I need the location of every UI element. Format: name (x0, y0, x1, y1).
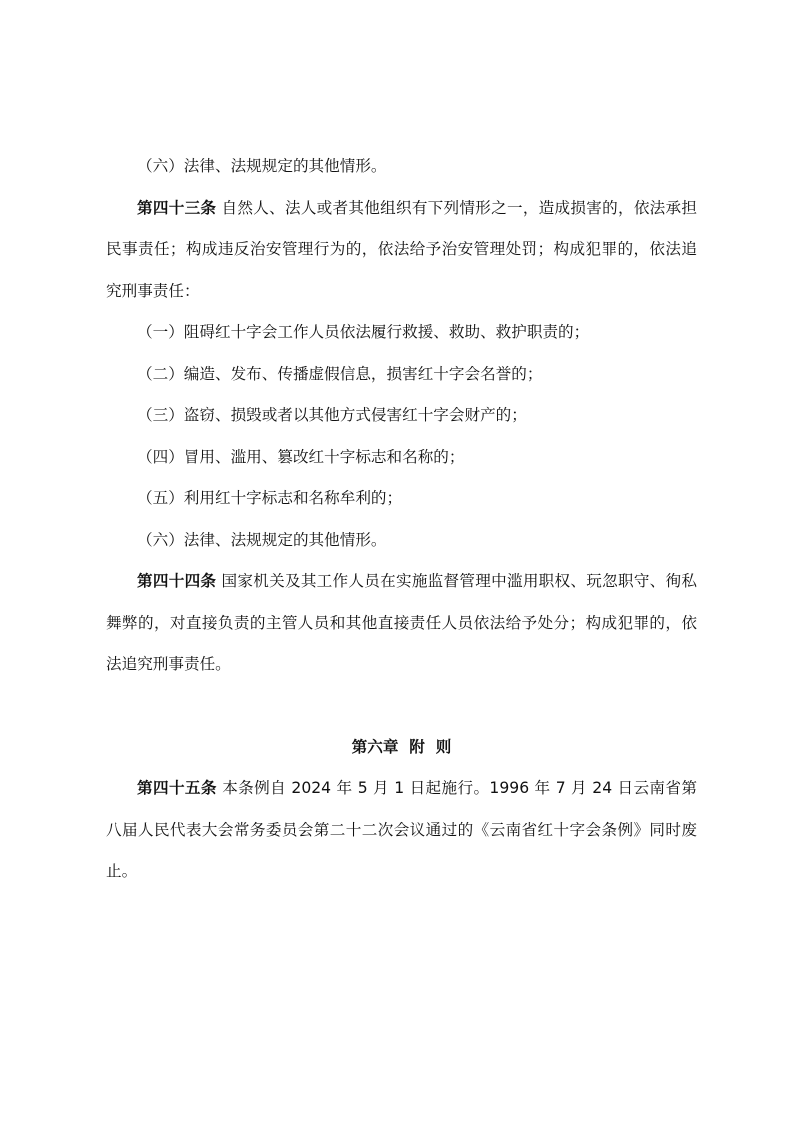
article-label: 第四十三条 (137, 199, 216, 217)
list-item-6-prev: （六）法律、法规规定的其他情形。 (106, 146, 697, 188)
article-label: 第四十四条 (137, 572, 216, 590)
article-45: 第四十五条 本条例自 2024 年 5 月 1 日起施行。1996 年 7 月 … (106, 768, 697, 893)
list-item-2: （二）编造、发布、传播虚假信息，损害红十字会名誉的； (106, 354, 697, 396)
list-item-5: （五）利用红十字标志和名称牟利的； (106, 478, 697, 520)
list-item-4: （四）冒用、滥用、篡改红十字标志和名称的； (106, 437, 697, 479)
article-44: 第四十四条 国家机关及其工作人员在实施监督管理中滥用职权、玩忽职守、徇私舞弊的，… (106, 561, 697, 686)
chapter-title: 第六章 附 则 (106, 727, 697, 769)
document-page: （六）法律、法规规定的其他情形。 第四十三条 自然人、法人或者其他组织有下列情形… (106, 146, 697, 893)
article-43: 第四十三条 自然人、法人或者其他组织有下列情形之一，造成损害的，依法承担民事责任… (106, 188, 697, 313)
article-label: 第四十五条 (137, 779, 217, 797)
list-item-6: （六）法律、法规规定的其他情形。 (106, 520, 697, 562)
list-item-1: （一）阻碍红十字会工作人员依法履行救援、救助、救护职责的； (106, 312, 697, 354)
list-item-3: （三）盗窃、损毁或者以其他方式侵害红十字会财产的； (106, 395, 697, 437)
